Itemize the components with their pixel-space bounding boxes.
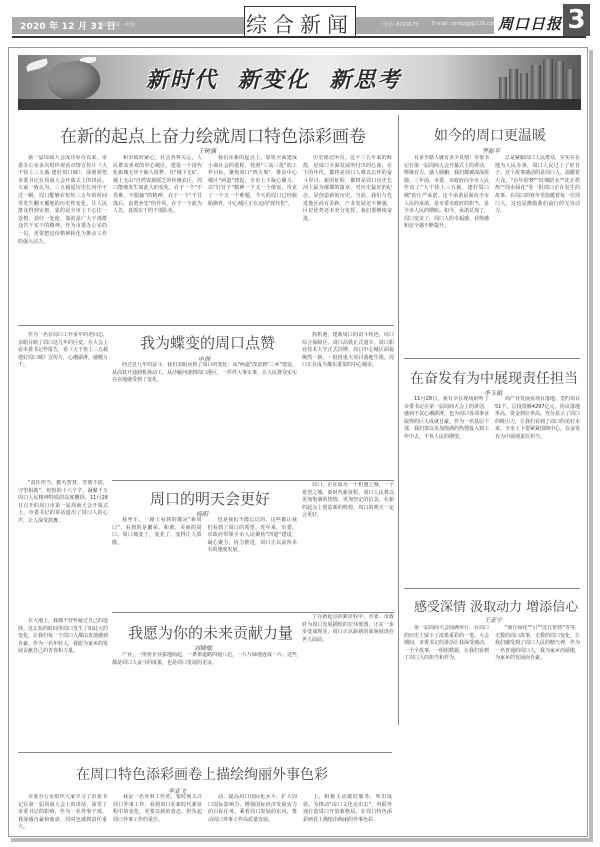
article-column: 动，提高周口国际化水平，扩大周口国际影响力，增强国际经济发展实力的目标任务。乘着… xyxy=(208,794,297,832)
column-divider xyxy=(398,115,399,725)
section-divider xyxy=(404,358,580,359)
article-body: 抓机遇，建新周口的奋斗轨迹，周口综合保障区、周口高铁正式通车、周口职业技术大学正… xyxy=(302,332,394,472)
article-column: 产业，一座座企业拔地而起，一条条道路四通八达，一片片绿地连成一片。这些都是周口人… xyxy=(112,652,297,728)
article-column: 我坐车，一路上看到的都是"新周口"，看到的是繁荣、和谐、美丽的周口。周口城变了，… xyxy=(112,517,202,617)
article-headline: 在奋发有为中展现责任担当 xyxy=(410,368,578,388)
contact-email: E-mail: zkrbpjgj@126.com xyxy=(432,21,498,27)
article-byline: 王树强 xyxy=(198,146,216,155)
article-body: "责任担当，勤劳智慧，坚韧不拔，守望相助"，短短的十六个字，凝聚千万周口人民精神… xyxy=(18,480,108,615)
article-body: 市委办公室组织大家学习了市委书记在第一届周商大会上的讲话，深受了市委书记的影响，… xyxy=(18,794,392,832)
article-headline: 我为蝶变的周口点赞 xyxy=(140,332,275,353)
section-divider xyxy=(18,325,394,326)
feature-banner: 新时代 新变化 新思考 xyxy=(18,55,581,110)
newspaper-logo: 周口日报 xyxy=(498,13,562,34)
article-headline: 我愿为你的未来贡献力量 xyxy=(128,622,293,643)
article-byline: 王亚宁 xyxy=(484,615,502,624)
section-divider xyxy=(18,752,392,753)
article-byline: 罗振平 xyxy=(482,146,500,155)
banner-bottom-strip xyxy=(18,99,581,110)
article-body: 了在新起点的新征程中，市委、市政府为周口发展描绘的宏伟蓝图，正在一步步变成现实，… xyxy=(302,614,394,728)
article-column: 总是紧跟周口人民群众，实实在在地为人民办事，周口人民过上了好日子。这个故事感动的… xyxy=(495,155,580,335)
article-column: 我们在新的起点上，加快全面建成小康社会的进程，按照"三高三优"的工作目标，聚焦周… xyxy=(208,155,297,315)
section-divider xyxy=(112,480,394,481)
article-headline: 如今的周口更温暖 xyxy=(434,125,546,145)
article-headline: 感受深情 汲取动力 增添信心 xyxy=(414,596,578,615)
article-column: 经过近几年的奋斗，我们亲眼看到了周口的变化：从"两道"改造到"三乡"建设，从高铁… xyxy=(112,362,297,472)
article-body: 11月28日，我有幸在现场聆听了市委书记在第一届周商大会上的讲话，感到不仅心潮澎… xyxy=(404,396,580,576)
article-headline: 周口的明天会更好 xyxy=(150,488,270,509)
article-column: 我是一名外事工作者，要时刻关注周口外事工作，看到周口在新时代新征程中的变化，更要… xyxy=(113,794,202,832)
frame-shadow xyxy=(589,50,593,840)
article-column: 了在新起点的新征程中，市委、市政府为周口发展描绘的宏伟蓝图，正在一步步变成现实，… xyxy=(302,614,394,728)
article-column: 周口，正在成为一个机遇之城，一个希望之城。新时代新征程，周口人民将以更加饱满的热… xyxy=(302,482,394,617)
article-column: 和市政府紧心，社会各界关心，人民群众喜欢的中心城区，建设一个现代化新城无异于痴人… xyxy=(113,155,202,315)
section-title: 综合新闻 xyxy=(245,9,355,39)
article-body: 产业，一座座企业拔地而起，一条条道路四通八达，一片片绿地连成一片。这些都是周口人… xyxy=(112,652,297,728)
article-headline: 在周口特色添彩画卷上描绘绚丽外事色彩 xyxy=(76,764,328,784)
article-headline: 在新的起点上奋力绘就周口特色添彩画卷 xyxy=(60,122,366,147)
article-body: 经过近几年的奋斗，我们亲眼看到了周口的变化：从"两道"改造到"三乡"建设，从高铁… xyxy=(112,362,297,472)
city-skyline-icon xyxy=(495,55,575,99)
article-column: 上，积极主动做好服务，所出成效，为推动"周口文化走出去"，内联外通打造周口开放新… xyxy=(303,794,392,832)
article-column: 也是我们不能忘记的，这些都让我们看到了周口的希望。近年来，市委、市政府带领全市人… xyxy=(208,517,298,617)
article-column: 有多少路人就有多少真情！市委书记在第一届周商大会开幕式上的讲话，铿锵有力，感人肺… xyxy=(404,155,489,335)
article-column: 商产业发展看项目落地。签约项目51个，总投资额4297亿元，协议落地率高，资金到… xyxy=(495,396,580,576)
article-column: 在大地上，我都不曾怀疑过自己的选择。这么短的时间里周口发生了如此大的变化，让我们… xyxy=(18,618,108,728)
article-body: 在大地上，我都不曾怀疑过自己的选择。这么短的时间里周口发生了如此大的变化，让我们… xyxy=(18,618,108,728)
article-column: 第一届周商大会圆满举行，在周口的历史上留下了浓墨重彩的一笔。大会期间，市委书记的… xyxy=(404,625,489,833)
article-body: 第一届周商大会圆满举行，在周口的历史上留下了浓墨重彩的一笔。大会期间，市委书记的… xyxy=(404,625,580,833)
article-column: 市委办公室组织大家学习了市委书记在第一届周商大会上的讲话，深受了市委书记的影响，… xyxy=(18,794,107,832)
article-body: 有多少路人就有多少真情！市委书记在第一届周商大会开幕式上的讲话，铿锵有力，感人肺… xyxy=(404,155,580,335)
article-column: "责任担当，勤劳智慧，坚韧不拔，守望相助"，短短的十六个字，凝聚千万周口人民精神… xyxy=(18,480,108,615)
section-divider xyxy=(112,612,394,613)
masthead-rule xyxy=(12,36,586,38)
article-body: 作为一名在周口工作多年的老同志，亲眼目睹了周口这几年的巨变。在大会上看市委书记作… xyxy=(18,332,108,472)
article-body: 第一届周商大会成功举办以来，市委办公室多次组织观看市情宣传片《大干快上三五载 建… xyxy=(18,155,392,315)
editor-line: 版面编辑 · 审读 xyxy=(100,21,135,28)
article-body: 周口，正在成为一个机遇之城，一个希望之城。新时代新征程，周口人民将以更加饱满的热… xyxy=(302,482,394,617)
article-column: 历史铭记所有。这个三五年来的辉煌，是周口全面发展所付出的心血，在下的年代，都将是… xyxy=(303,155,392,315)
article-column: "商丘绿化""引""沈丘供热"等等，无数的周口故事，无数的周口变化，让我们感受到… xyxy=(495,625,580,833)
frame-shadow xyxy=(11,838,593,842)
article-column: 作为一名在周口工作多年的老同志，亲眼目睹了周口这几年的巨变。在大会上看市委书记作… xyxy=(18,332,108,472)
article-column: 抓机遇，建新周口的奋斗轨迹，周口综合保障区、周口高铁正式通车、周口职业技术大学正… xyxy=(302,332,394,472)
page-number: 3 xyxy=(563,4,590,36)
article-column: 第一届周商大会成功举办以来，市委办公室多次组织观看市情宣传片《大干快上三五载 建… xyxy=(18,155,107,315)
section-divider xyxy=(404,588,580,589)
article-byline: 刘晓敏 xyxy=(194,643,212,652)
contact-tel: 电话: 8299170 xyxy=(383,21,419,28)
article-body: 我坐车，一路上看到的都是"新周口"，看到的是繁荣、和谐、美丽的周口。周口城变了，… xyxy=(112,517,297,617)
section-title-box: 综合新闻 xyxy=(244,6,356,38)
dove-icon xyxy=(25,58,48,71)
banner-title: 新时代 新变化 新思考 xyxy=(146,63,401,94)
masthead: 2020 年 12 月 31 日 版面编辑 · 审读 综合新闻 电话: 8299… xyxy=(0,0,600,40)
article-column: 11月28日，我有幸在现场聆听了市委书记在第一届周商大会上的讲话，感到不仅心潮澎… xyxy=(404,396,489,576)
